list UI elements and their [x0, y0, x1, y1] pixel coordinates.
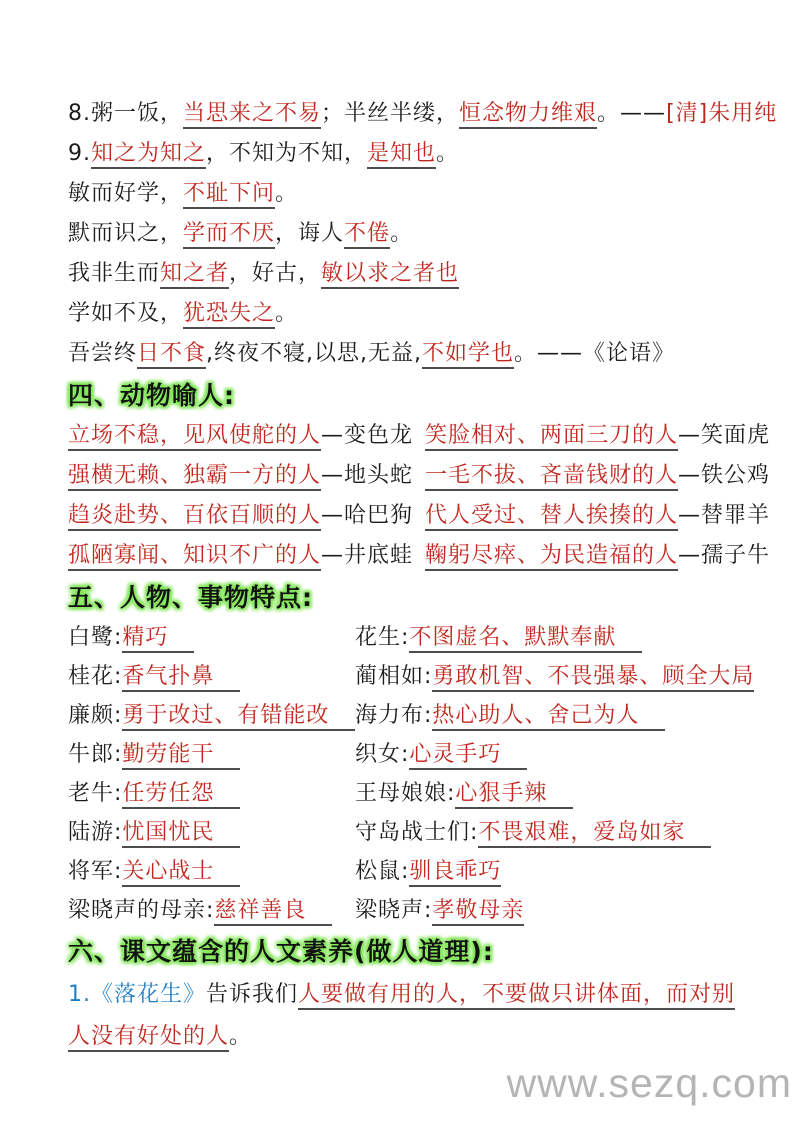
- quote-line-mo-er-shi-zhi: 默而识之，学而不厌，诲人不倦。: [68, 214, 746, 254]
- animal-item: 鞠躬尽瘁、为民造福的人—孺子牛: [425, 536, 770, 576]
- trait-item: 白鹭:精巧: [68, 618, 355, 657]
- text-segment: ，不知为不知，: [206, 141, 367, 166]
- text-segment: 松鼠:: [355, 859, 409, 884]
- text-segment: 犹恐失之: [183, 301, 275, 329]
- trait-item: 松鼠:驯良乖巧: [355, 852, 754, 891]
- text-segment: —变色龙: [321, 423, 413, 448]
- text-segment: 任劳任怨: [122, 781, 240, 809]
- section-heading-animal-metaphors: 四、动物喻人:: [68, 376, 746, 416]
- text-segment: 不畏艰难，爱岛如家: [478, 820, 711, 848]
- text-segment: 学而不厌: [183, 221, 275, 249]
- text-segment: 不倦: [344, 221, 390, 249]
- text-segment: 梁晓声:: [355, 898, 432, 923]
- text-segment: 勇于改过、有错能改: [122, 703, 355, 731]
- text-segment: 8.粥一饭，: [68, 101, 183, 126]
- quote-line-9: 9.知之为知之，不知为不知，是知也。: [68, 134, 746, 174]
- trait-item: 桂花:香气扑鼻: [68, 657, 355, 696]
- text-segment: 我非生而: [68, 261, 160, 286]
- trait-item: 蔺相如:勇敢机智、不畏强暴、顾全大局: [355, 657, 754, 696]
- text-segment: 勤劳能干: [122, 742, 240, 770]
- text-segment: 代人受过、替人挨揍的人: [425, 503, 678, 531]
- text-segment: 9.: [68, 141, 91, 166]
- text-segment: 海力布:: [355, 703, 432, 728]
- trait-item: 梁晓声的母亲:慈祥善良: [68, 891, 355, 930]
- text-segment: 关心战士: [122, 859, 240, 887]
- text-segment: 知之者: [160, 261, 229, 289]
- text-segment: 。: [275, 301, 298, 326]
- text-segment: 精巧: [122, 625, 194, 653]
- text-segment: 默而识之，: [68, 221, 183, 246]
- text-segment: 廉颇:: [68, 703, 122, 728]
- text-segment: 桂花:: [68, 664, 122, 689]
- animal-item: 立场不稳，见风使舵的人—变色龙: [68, 416, 425, 456]
- text-segment: 花生:: [355, 625, 409, 650]
- quote-line-xue-ru-bu-ji: 学如不及，犹恐失之。: [68, 294, 746, 334]
- quote-line-wo-fei-sheng: 我非生而知之者，好古，敏以求之者也: [68, 254, 746, 294]
- trait-item: 廉颇:勇于改过、有错能改: [68, 696, 355, 735]
- animal-item: 强横无赖、独霸一方的人—地头蛇: [68, 456, 425, 496]
- trait-item: 将军:关心战士: [68, 852, 355, 891]
- document-content: 8.粥一饭，当思来之不易；半丝半缕，恒念物力维艰。——[清]朱用纯 9.知之为知…: [68, 94, 746, 1058]
- text-segment: ，好古，: [229, 261, 321, 286]
- text-segment: 。: [436, 141, 459, 166]
- text-segment: —地头蛇: [321, 463, 413, 488]
- animal-item: 孤陋寡闻、知识不广的人—井底蛙: [68, 536, 425, 576]
- text-segment: 热心助人、舍己为人: [432, 703, 665, 731]
- text-segment: 日不食: [137, 341, 206, 369]
- trait-item: 陆游:忧国忧民: [68, 813, 355, 852]
- text-segment: 白鹭:: [68, 625, 122, 650]
- animal-item: 趋炎赴势、百依百顺的人—哈巴狗: [68, 496, 425, 536]
- text-segment: 不耻下问: [183, 181, 275, 209]
- trait-item: 牛郎:勤劳能干: [68, 735, 355, 774]
- text-segment: ；半丝半缕，: [321, 101, 459, 126]
- text-segment: 蔺相如:: [355, 664, 432, 689]
- text-segment: 知之为知之: [91, 141, 206, 169]
- character-traits-grid: 白鹭:精巧 花生:不图虚名、默默奉献 桂花:香气扑鼻 蔺相如:勇敢机智、不畏强暴…: [68, 618, 746, 930]
- text-segment: 驯良乖巧: [409, 859, 501, 887]
- trait-item: 花生:不图虚名、默默奉献: [355, 618, 754, 657]
- text-segment: 恒念物力维艰: [459, 101, 597, 129]
- text-segment: —孺子牛: [678, 543, 770, 568]
- text-segment: 鞠躬尽瘁、为民造福的人: [425, 543, 678, 571]
- text-segment: [清]朱用纯: [666, 101, 777, 126]
- text-segment: 勇敢机智、不畏强暴、顾全大局: [432, 664, 754, 692]
- text-segment: 笑脸相对、两面三刀的人: [425, 423, 678, 451]
- text-segment: 孝敬母亲: [432, 898, 524, 926]
- animal-item: 笑脸相对、两面三刀的人—笑面虎: [425, 416, 770, 456]
- text-segment: 织女:: [355, 742, 409, 767]
- watermark: www.sezq.com: [507, 1060, 792, 1107]
- text-segment: 。——: [597, 101, 666, 126]
- trait-item: 海力布:热心助人、舍己为人: [355, 696, 754, 735]
- section-heading-character-traits: 五、人物、事物特点:: [68, 578, 746, 618]
- text-segment: 陆游:: [68, 820, 122, 845]
- quote-line-8: 8.粥一饭，当思来之不易；半丝半缕，恒念物力维艰。——[清]朱用纯: [68, 94, 746, 134]
- text-segment: 忧国忧民: [122, 820, 240, 848]
- trait-item: 守岛战士们:不畏艰难，爱岛如家: [355, 813, 754, 852]
- text-segment: 老牛:: [68, 781, 122, 806]
- text-segment: 学如不及，: [68, 301, 183, 326]
- text-segment: 。: [275, 181, 298, 206]
- text-segment: 趋炎赴势、百依百顺的人: [68, 503, 321, 531]
- trait-item: 王母娘娘:心狠手辣: [355, 774, 754, 813]
- text-segment: 。: [229, 1024, 252, 1049]
- text-segment: 。——《论语》: [514, 341, 675, 366]
- text-segment: 不如学也: [422, 341, 514, 369]
- text-segment: 心狠手辣: [455, 781, 573, 809]
- text-segment: ,终夜不寝,以思,无益,: [206, 341, 422, 366]
- text-segment: 心灵手巧: [409, 742, 527, 770]
- text-segment: 梁晓声的母亲:: [68, 898, 214, 923]
- text-segment: 敏而好学，: [68, 181, 183, 206]
- text-segment: 吾尝终: [68, 341, 137, 366]
- quote-line-lunyu: 吾尝终日不食,终夜不寝,以思,无益,不如学也。——《论语》: [68, 334, 746, 374]
- text-segment: 是知也: [367, 141, 436, 169]
- trait-item: 梁晓声:孝敬母亲: [355, 891, 754, 930]
- text-segment: 将军:: [68, 859, 122, 884]
- lesson-paragraph-luohuasheng: 1.《落花生》告诉我们人要做有用的人，不要做只讲体面，而对别人没有好处的人。: [68, 974, 746, 1058]
- text-segment: 一毛不拔、吝啬钱财的人: [425, 463, 678, 491]
- animal-metaphors-grid: 立场不稳，见风使舵的人—变色龙 笑脸相对、两面三刀的人—笑面虎 强横无赖、独霸一…: [68, 416, 746, 576]
- section-heading-life-lessons: 六、课文蕴含的人文素养(做人道理):: [68, 932, 746, 972]
- text-segment: —铁公鸡: [678, 463, 770, 488]
- text-segment: 告诉我们: [206, 982, 298, 1007]
- text-segment: 香气扑鼻: [122, 664, 240, 692]
- text-segment: 。: [390, 221, 413, 246]
- animal-item: 代人受过、替人挨揍的人—替罪羊: [425, 496, 770, 536]
- text-segment: 牛郎:: [68, 742, 122, 767]
- text-segment: 孤陋寡闻、知识不广的人: [68, 543, 321, 571]
- trait-item: 织女:心灵手巧: [355, 735, 754, 774]
- text-segment: 强横无赖、独霸一方的人: [68, 463, 321, 491]
- text-segment: 守岛战士们:: [355, 820, 478, 845]
- text-segment: 慈祥善良: [214, 898, 332, 926]
- text-segment: 立场不稳，见风使舵的人: [68, 423, 321, 451]
- text-segment: —替罪羊: [678, 503, 770, 528]
- text-segment: 敏以求之者也: [321, 261, 459, 289]
- text-segment: —哈巴狗: [321, 503, 413, 528]
- text-segment: —笑面虎: [678, 423, 770, 448]
- text-segment: 当思来之不易: [183, 101, 321, 129]
- text-segment: 不图虚名、默默奉献: [409, 625, 642, 653]
- text-segment: —井底蛙: [321, 543, 413, 568]
- text-segment: 王母娘娘:: [355, 781, 455, 806]
- text-segment: ，诲人: [275, 221, 344, 246]
- text-segment: 1.《落花生》: [68, 982, 206, 1007]
- quote-line-min-er-hao-xue: 敏而好学，不耻下问。: [68, 174, 746, 214]
- document-page: { "colors":{"red":"#c1271e","blue":"#1f7…: [0, 0, 800, 1131]
- animal-item: 一毛不拔、吝啬钱财的人—铁公鸡: [425, 456, 770, 496]
- trait-item: 老牛:任劳任怨: [68, 774, 355, 813]
